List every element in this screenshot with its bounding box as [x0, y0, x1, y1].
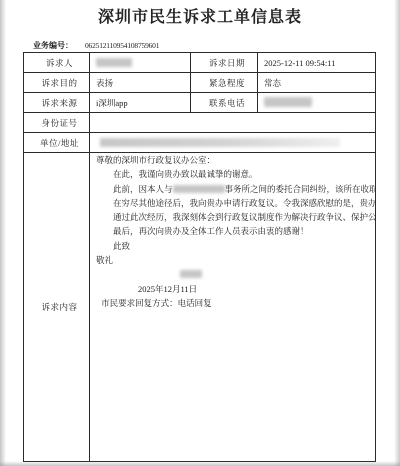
field-value-appeal-date: 2025-12-11 09:54:11: [258, 53, 376, 73]
redacted-address: [100, 138, 340, 147]
field-label-appellant: 诉求人: [24, 53, 90, 73]
field-label-purpose: 诉求目的: [24, 73, 90, 93]
field-value-id-number: [90, 113, 376, 133]
content-line-salutation: 尊敬的深圳市行政复议办公室：: [96, 153, 375, 167]
field-label-content: 诉求内容: [24, 153, 90, 462]
table-row: 单位/地址: [24, 133, 376, 153]
field-label-address: 单位/地址: [24, 133, 90, 153]
field-label-urgency: 紧急程度: [191, 73, 258, 93]
redacted-text: [180, 270, 202, 278]
field-value-purpose: 表扬: [90, 73, 191, 93]
content-line-para: 通过此次经历，我深刻体会到行政复议制度作为解决行政争议、保护公民权利的重要渠道，…: [96, 210, 375, 224]
business-number-row: 业务编号：062512110954108759601: [33, 40, 159, 51]
page-title: 深圳市民生诉求工单信息表: [0, 4, 400, 27]
content-line-para: 此前，因本人与事务所之间的委托合同纠纷，该所在收取费用后未能依约提供相应服务。我…: [96, 182, 375, 196]
field-label-phone: 联系电话: [191, 93, 258, 113]
table-row: 诉求目的 表扬 紧急程度 常态: [24, 73, 376, 93]
document-page: 深圳市民生诉求工单信息表 业务编号：062512110954108759601 …: [0, 0, 400, 466]
page-edge-shadow-bottom: [0, 461, 400, 466]
redacted-phone-number: [264, 97, 312, 107]
field-label-source: 诉求来源: [24, 93, 90, 113]
table-row: 身份证号: [24, 113, 376, 133]
content-line-salute: 敬礼: [96, 253, 375, 267]
field-value-appellant: [90, 53, 191, 73]
content-line-para: 在此，我谨向贵办致以最诚挚的谢意。: [96, 167, 375, 181]
field-value-source: i深圳app: [90, 93, 191, 113]
field-label-id-number: 身份证号: [24, 113, 90, 133]
field-value-phone: [258, 93, 376, 113]
field-value-urgency: 常态: [258, 73, 376, 93]
work-order-table: 诉求人 诉求日期 2025-12-11 09:54:11 诉求目的 表扬 紧急程…: [23, 52, 376, 462]
business-number-value: 062512110954108759601: [85, 41, 159, 50]
business-number-label: 业务编号：: [33, 41, 73, 50]
page-edge-shadow-left: [0, 0, 6, 466]
field-value-address: [90, 133, 376, 153]
content-line-para: 在穷尽其他途径后，我向贵办申请行政复议。令我深感欣慰的是，贵办工作人员不仅依法受…: [96, 196, 375, 210]
table-row: 诉求人 诉求日期 2025-12-11 09:54:11: [24, 53, 376, 73]
content-line-date: 2025年12月11日: [138, 282, 375, 296]
content-line-reply: 市民要求回复方式：电话回复: [96, 296, 375, 310]
table-row: 诉求内容 尊敬的深圳市行政复议办公室：在此，我谨向贵办致以最诚挚的谢意。此前，因…: [24, 153, 376, 462]
redacted-text: [173, 185, 225, 193]
field-label-appeal-date: 诉求日期: [191, 53, 258, 73]
content-line-signature: [180, 267, 375, 281]
content-line-closing: 此致: [96, 239, 375, 253]
redacted-appellant-name: [96, 58, 132, 67]
table-row: 诉求来源 i深圳app 联系电话: [24, 93, 376, 113]
appeal-content-cell: 尊敬的深圳市行政复议办公室：在此，我谨向贵办致以最诚挚的谢意。此前，因本人与事务…: [90, 153, 376, 462]
page-edge-shadow-right: [394, 0, 400, 466]
content-line-para: 最后，再次向贵办及全体工作人员表示由衷的感谢！: [96, 224, 375, 238]
